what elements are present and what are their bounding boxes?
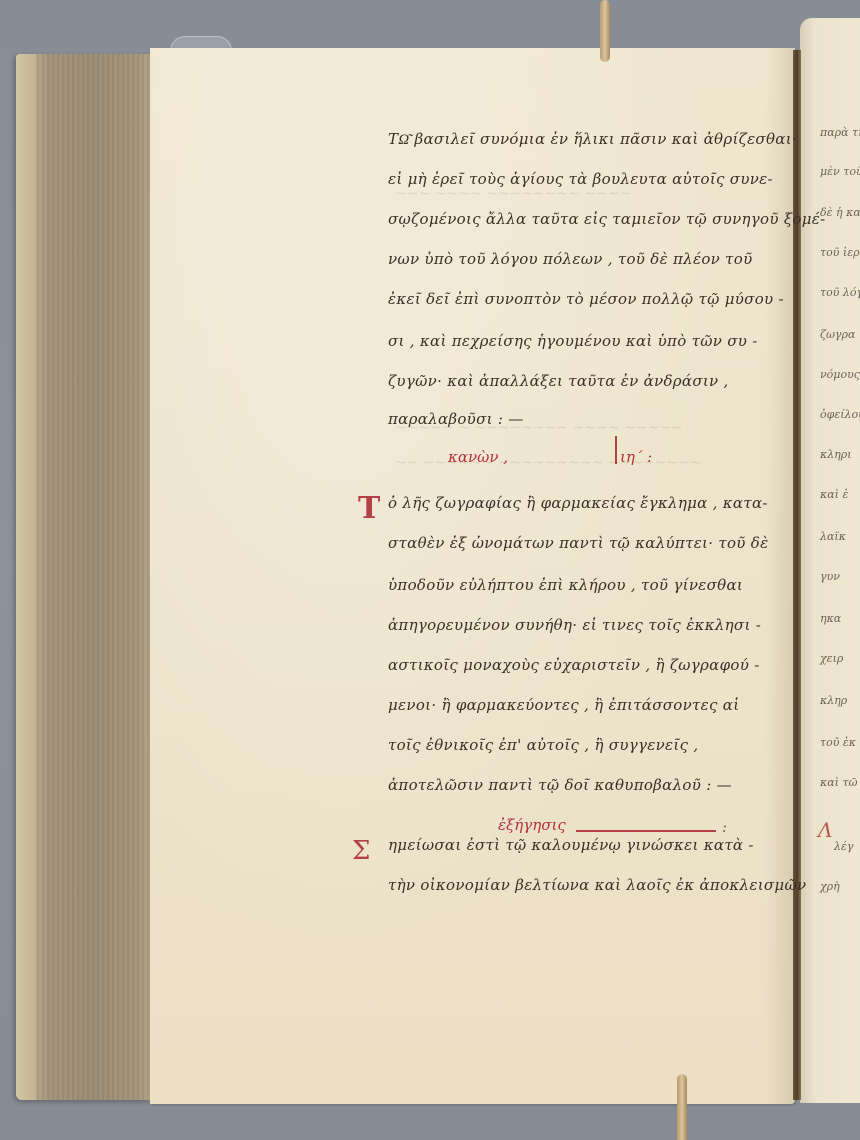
facing-line: νόμους <box>820 368 860 381</box>
gutter-fold <box>793 50 801 1100</box>
show-through-text: ~~ ~~~~~~ ~~~~~~~~~ ~~~~~~~~ <box>395 455 702 471</box>
facing-line: ζωγρα <box>820 328 855 341</box>
page-edge-stack <box>16 54 151 1100</box>
rubric-canon-number: ιη΄ : <box>620 448 652 466</box>
text-line: τὴν οἰκονομίαν βελτίωνα καὶ λαοῖς ἐκ ἀπο… <box>388 876 806 894</box>
facing-line: χρὴ <box>820 880 840 893</box>
show-through-text: ~~~ ~~~~ ~~~~~~~~ ~~~~ <box>395 186 631 202</box>
text-line: αστικοῖς μοναχοὺς εὐχαριστεῖν , ἢ ζωγραφ… <box>388 656 760 674</box>
facing-line: μὲν τοῦ <box>820 165 860 178</box>
text-line: ὑποδοῦν εὐλήπτου ἐπὶ κλήρου , τοῦ γίνεσθ… <box>388 576 743 594</box>
text-line: ἐκεῖ δεῖ ἐπὶ συνοπτὸν τὸ μέσον πολλῷ τῷ … <box>388 290 784 308</box>
facing-line: τοῦ ἱερέ <box>820 246 860 259</box>
facing-line: καὶ τῶ <box>820 776 858 789</box>
rubric-canon-title: κανὼν , <box>448 448 508 466</box>
facing-line: ὀφείλουσι <box>820 408 860 421</box>
facing-line: καὶ ἐ <box>820 488 848 501</box>
text-line: σταθὲν ἐξ ὠνομάτων παντὶ τῷ καλύπτει· το… <box>388 534 768 552</box>
text-line: εἰ μὴ ἐρεῖ τοὺς ἁγίους τὰ βουλευτα αὐτοῖ… <box>388 170 773 188</box>
facing-line: γυν <box>820 570 840 583</box>
text-line: ημείωσαι ἐστὶ τῷ καλουμένῳ γινώσκει κατὰ… <box>388 836 754 854</box>
rubricated-initial-s: Σ <box>352 836 370 866</box>
facing-rubric-initial: Λ <box>818 818 832 842</box>
facing-line: χειρ <box>820 652 843 665</box>
page-support-stick-top <box>600 0 610 62</box>
rubricated-initial-t: Τ <box>358 491 380 526</box>
text-line: σῳζομένοις ἄλλα ταῦτα εἰς ταμιεῖον τῷ συ… <box>388 210 826 228</box>
text-line: σι , καὶ πεχρείσης ἡγουμένου καὶ ὑπὸ τῶν… <box>388 332 758 350</box>
rubric-rule-line <box>576 830 716 832</box>
text-line: μενοι· ἢ φαρμακεύοντες , ἢ ἐπιτάσσοντες … <box>388 696 739 714</box>
facing-line: τοῦ λόγου <box>820 286 860 299</box>
text-line: ἀπηγορευμένον συνήθη· εἰ τινες τοῖς ἐκκλ… <box>388 616 761 634</box>
facing-line: παρὰ τὴν <box>820 126 860 139</box>
text-line: ἀποτελῶσιν παντὶ τῷ δοῖ καθυποβαλοῦ : — <box>388 776 732 794</box>
text-line: τοῖς ἐθνικοῖς ἐπ' αὐτοῖς , ἢ συγγενεῖς , <box>388 736 698 754</box>
text-line: παραλαβοῦσι : — <box>388 410 524 428</box>
rubric-colon: : <box>722 818 727 836</box>
rubric-exegesis-title: ἐξήγησις <box>498 816 566 834</box>
facing-line: τοῦ ἐκ <box>820 736 856 749</box>
rubric-marker-stroke <box>615 436 617 464</box>
facing-line: λαϊκ <box>820 530 846 543</box>
text-line: νων ὑπὸ τοῦ λόγου πόλεων , τοῦ δὲ πλέον … <box>388 250 753 268</box>
facing-line: δὲ ἡ κα <box>820 206 860 219</box>
text-line: ΤΩ͂ βασιλεῖ συνόμια ἐν ἥλικι πᾶσιν καὶ ἀ… <box>388 130 797 149</box>
facing-rubric-line: λέγ <box>834 840 853 853</box>
facing-page: παρὰ τὴν μὲν τοῦ δὲ ἡ κα τοῦ ἱερέ τοῦ λό… <box>800 18 860 1103</box>
facing-line: ηκα <box>820 612 841 625</box>
facing-line: κληρι <box>820 448 852 461</box>
text-line: ὁ λῆς ζωγραφίας ἢ φαρμακείας ἔγκλημα , κ… <box>388 494 768 512</box>
facing-line: κληρ <box>820 694 847 707</box>
page-support-stick-bottom <box>677 1074 687 1140</box>
text-line: ζυγῶν· καὶ ἀπαλλάξει ταῦτα ἐν ἀνδράσιν , <box>388 372 729 390</box>
